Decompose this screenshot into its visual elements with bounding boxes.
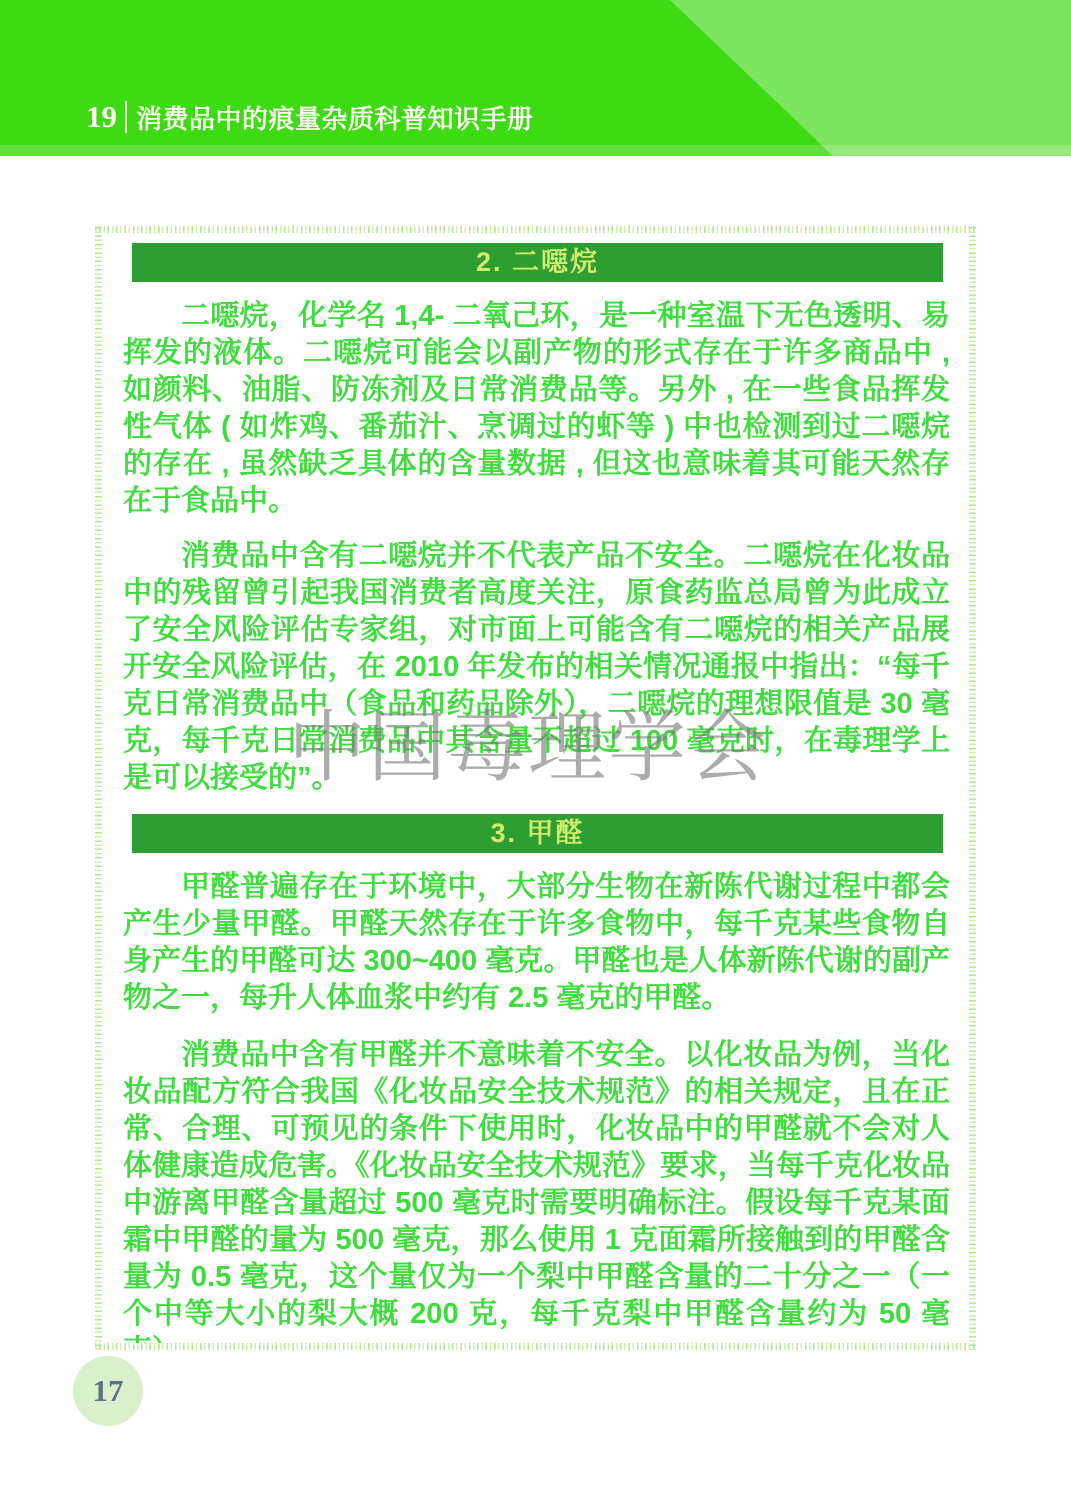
section-heading-formaldehyde: 3. 甲醛	[132, 814, 943, 853]
banner-bottom-highlight	[0, 145, 1071, 156]
content-area: 2. 二噁烷 二噁烷，化学名 1,4- 二氧己环，是一种室温下无色透明、易挥发的…	[123, 226, 950, 1343]
paragraph-dioxane-intro: 二噁烷，化学名 1,4- 二氧己环，是一种室温下无色透明、易挥发的液体。二噁烷可…	[123, 298, 950, 520]
footer-page-number-badge: 17	[73, 1356, 143, 1426]
handbook-title: 消费品中的痕量杂质科普知识手册	[136, 99, 534, 136]
header-separator-line	[125, 101, 127, 133]
footer-page-number: 17	[93, 1373, 124, 1409]
paragraph-dioxane-safety: 消费品中含有二噁烷并不代表产品不安全。二噁烷在化妆品中的残留曾引起我国消费者高度…	[123, 538, 950, 797]
handbook-page: 19 消费品中的痕量杂质科普知识手册 2. 二噁烷 二噁烷，化学名 1,4- 二…	[0, 0, 1071, 1497]
section-heading-dioxane: 2. 二噁烷	[132, 243, 943, 282]
content-box: 2. 二噁烷 二噁烷，化学名 1,4- 二氧己环，是一种室温下无色透明、易挥发的…	[95, 226, 976, 1350]
dashed-border-right	[969, 226, 976, 1350]
dashed-border-left	[95, 226, 102, 1350]
paragraph-formaldehyde-intro: 甲醛普遍存在于环境中，大部分生物在新陈代谢过程中都会产生少量甲醛。甲醛天然存在于…	[123, 869, 950, 1017]
page-header-banner: 19 消费品中的痕量杂质科普知识手册	[0, 0, 1071, 156]
paragraph-formaldehyde-safety: 消费品中含有甲醛并不意味着不安全。以化妆品为例，当化妆品配方符合我国《化妆品安全…	[123, 1037, 950, 1343]
dashed-border-bottom	[95, 1343, 976, 1350]
running-header: 19 消费品中的痕量杂质科普知识手册	[86, 96, 534, 138]
running-header-page-number: 19	[86, 99, 117, 135]
